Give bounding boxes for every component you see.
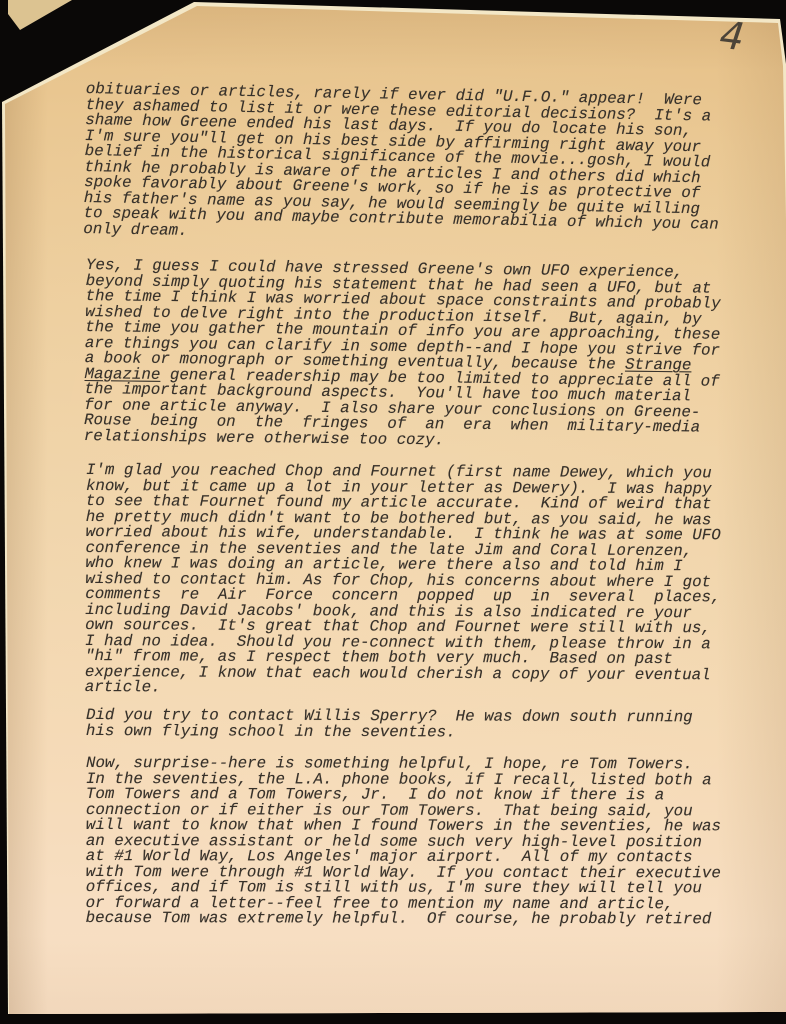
paragraph: Now, surprise--here is something helpful… — [86, 756, 728, 928]
paragraph: I'm glad you reached Chop and Fournet (f… — [85, 463, 728, 699]
paragraph: Did you try to contact Willis Sperry? He… — [86, 708, 728, 741]
letter-body: obituaries or articles, rarely if ever d… — [86, 82, 728, 926]
letter-line: because Tom was extremely helpful. Of co… — [86, 910, 728, 927]
scanned-letter-page: 4 obituaries or articles, rarely if ever… — [0, 0, 786, 1024]
letter-line: experience, I know that each would cheri… — [85, 664, 727, 683]
paragraph: obituaries or articles, rarely if ever d… — [83, 82, 728, 249]
paragraph: Yes, I guess I could have stressed Green… — [84, 258, 728, 452]
underlying-sheet-corner — [0, 0, 90, 36]
